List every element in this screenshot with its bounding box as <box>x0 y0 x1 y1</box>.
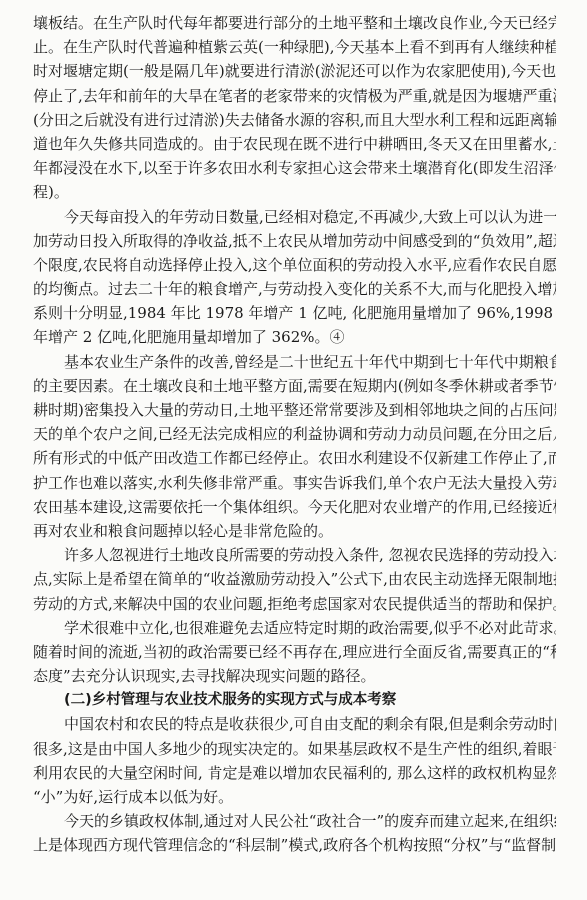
text-line: 年增产 2 亿吨,化肥施用量却增加了 362%。④ <box>33 325 556 349</box>
text-line: 学术很难中立化,也很难避免去适应特定时期的政治需要,似乎不必对此苛求。然而 <box>33 616 556 640</box>
paragraph-3: 基本农业生产条件的改善,曾经是二十世纪五十年代中期到七十年代中期粮食增产 的主要… <box>33 350 556 544</box>
text-line: 的主要因素。在土壤改良和土地平整方面,需要在短期内(例如冬季休耕或者季节性的休 <box>33 374 556 398</box>
text-line: 加劳动日投入所取得的净收益,抵不上农民从增加劳动中间感受到的“负效用”,超过这 <box>33 229 556 253</box>
text-line: 基本农业生产条件的改善,曾经是二十世纪五十年代中期到七十年代中期粮食增产 <box>33 350 556 374</box>
text-line: 利用农民的大量空闲时间, 肯定是难以增加农民福利的, 那么这样的政权机构显然以 <box>33 761 556 785</box>
text-line: 农田基本建设,这需要依托一个集体组织。今天化肥对农业增产的作用,已经接近极限, <box>33 495 556 519</box>
text-line: 停止了,去年和前年的大旱在笔者的老家带来的灾情极为严重,就是因为堰塘严重淤积 <box>33 84 556 108</box>
text-line: 耕时期)密集投入大量的劳动日,土地平整还常常要涉及到相邻地块之间的占压问题,今 <box>33 398 556 422</box>
section-heading: (二)乡村管理与农业技术服务的实现方式与成本考察 <box>33 688 556 712</box>
paragraph-5: 学术很难中立化,也很难避免去适应特定时期的政治需要,似乎不必对此苛求。然而 随着… <box>33 616 556 689</box>
text-line: 道也年久失修共同造成的。由于农民现在既不进行中耕晒田,冬天又在田里蓄水,土壤全 <box>33 132 556 156</box>
text-line: 态度”去充分认识现实,去寻找解决现实问题的路径。 <box>33 664 556 688</box>
text-line: 天的单个农户之间,已经无法完成相应的利益协调和劳动力动员问题,在分田之后几乎 <box>33 422 556 446</box>
paragraph-7: 今天的乡镇政权体制,通过对人民公社“政社合一”的废弃而建立起来,在组织结构 上是… <box>33 809 556 857</box>
text-line: 年都浸没在水下,以至于许多农田水利专家担心这会带来土壤潜育化(即发生沼泽化过 <box>33 156 556 180</box>
text-line: 今天每亩投入的年劳动日数量,已经相对稳定,不再减少,大致上可以认为进一步追 <box>33 205 556 229</box>
text-line: 今天的乡镇政权体制,通过对人民公社“政社合一”的废弃而建立起来,在组织结构 <box>33 809 556 833</box>
paragraph-2: 今天每亩投入的年劳动日数量,已经相对稳定,不再减少,大致上可以认为进一步追 加劳… <box>33 205 556 350</box>
paragraph-6: 中国农村和农民的特点是收获很少,可自由支配的剩余有限,但是剩余劳动时间却 很多,… <box>33 712 556 809</box>
section-heading-text: (二)乡村管理与农业技术服务的实现方式与成本考察 <box>33 688 556 712</box>
text-line: 再对农业和粮食问题掉以轻心是非常危险的。 <box>33 519 556 543</box>
text-line: 中国农村和农民的特点是收获很少,可自由支配的剩余有限,但是剩余劳动时间却 <box>33 712 556 736</box>
text-line: 壤板结。在生产队时代每年都要进行部分的土地平整和土壤改良作业,今天已经完全停 <box>33 11 556 35</box>
text-line: 点,实际上是希望在简单的“收益激励劳动投入”公式下,由农民主动选择无限制地投入 <box>33 567 556 591</box>
text-line: 护工作也难以落实,水利失修非常严重。事实告诉我们,单个农户无法大量投入劳动进行 <box>33 471 556 495</box>
text-line: 系则十分明显,1984 年比 1978 年增产 1 亿吨, 化肥施用量增加了 9… <box>33 301 556 325</box>
text-line: 许多人忽视进行土地改良所需要的劳动投入条件, 忽视农民选择的劳动投入均衡 <box>33 543 556 567</box>
document-page: 壤板结。在生产队时代每年都要进行部分的土地平整和土壤改良作业,今天已经完全停 止… <box>33 11 556 858</box>
text-line: 上是体现西方现代管理信念的“科层制”模式,政府各个机构按照“分权”与“监督制衡”… <box>33 833 556 857</box>
text-line: 时对堰塘定期(一般是隔几年)就要进行清淤(淤泥还可以作为农家肥使用),今天也完全 <box>33 59 556 83</box>
text-line: 个限度,农民将自动选择停止投入,这个单位面积的劳动投入水平,应看作农民自愿选择 <box>33 253 556 277</box>
text-line: 很多,这是由中国人多地少的现实决定的。如果基层政权不是生产性的组织,着眼于有效 <box>33 737 556 761</box>
text-line: 劳动的方式,来解决中国的农业问题,拒绝考虑国家对农民提供适当的帮助和保护。 <box>33 592 556 616</box>
paragraph-4: 许多人忽视进行土地改良所需要的劳动投入条件, 忽视农民选择的劳动投入均衡 点,实… <box>33 543 556 616</box>
text-line: 止。在生产队时代普遍种植紫云英(一种绿肥),今天基本上看不到再有人继续种植了。当 <box>33 35 556 59</box>
text-line: “小”为好,运行成本以低为好。 <box>33 785 556 809</box>
text-line: 所有形式的中低产田改造工作都已经停止。农田水利建设不仅新建工作停止了,而且维 <box>33 446 556 470</box>
text-line: (分田之后就没有进行过清淤)失去储备水源的容积,而且大型水利工程和远距离输水渠 <box>33 108 556 132</box>
paragraph-1: 壤板结。在生产队时代每年都要进行部分的土地平整和土壤改良作业,今天已经完全停 止… <box>33 11 556 205</box>
text-line: 的均衡点。过去二十年的粮食增产,与劳动投入变化的关系不大,而与化肥投入增加的关 <box>33 277 556 301</box>
text-line: 程)。 <box>33 180 556 204</box>
text-line: 随着时间的流逝,当初的政治需要已经不再存在,理应进行全面反省,需要真正的“科学 <box>33 640 556 664</box>
